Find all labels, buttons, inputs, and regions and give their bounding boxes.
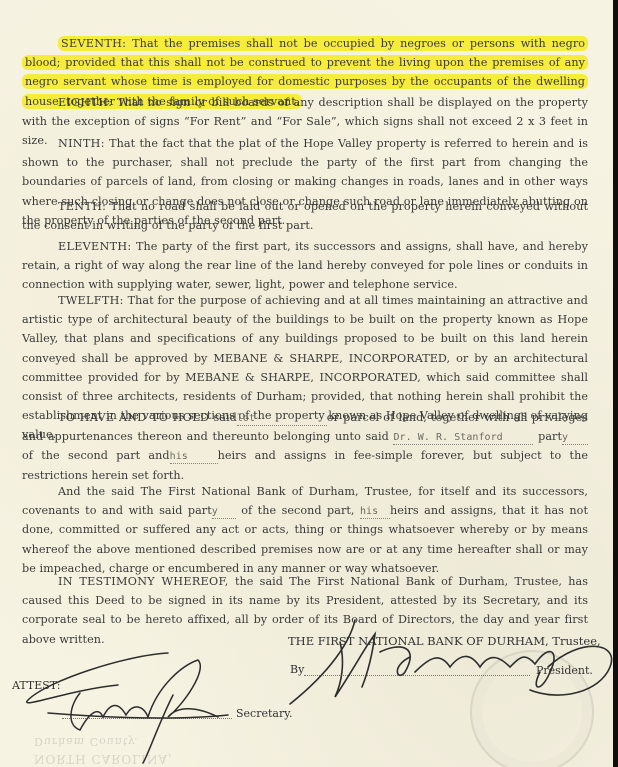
deed-page: SEVENTH: That the premises shall not be … [0,0,613,767]
filled-field-part: y [212,506,236,519]
paragraph-eleventh: ELEVENTH: The party of the first part, i… [22,237,588,295]
paragraph-covenant: And the said The First National Bank of … [22,482,588,578]
paragraph-habendum: TO HAVE AND TO HOLD saidlotor parcel of … [22,408,588,485]
clause-label: NINTH: [58,137,105,150]
clause-label: TENTH: [58,200,106,213]
clause-label: EIGHTH: [58,96,112,109]
clause-text: That no road shall be laid out or opened… [22,200,588,232]
paragraph-tenth: TENTH: That no road shall be laid out or… [22,197,588,235]
clause-label: SEVENTH: [61,37,126,50]
habendum-text: part [538,430,562,443]
covenant-text: of the second part, [241,504,354,517]
president-signature [280,612,613,712]
secretary-signature [8,645,238,767]
filled-field-his: his [170,451,218,464]
testimony-lead: IN TESTIMONY WHEREOF, [58,575,229,588]
clause-label: ELEVENTH: [58,240,132,253]
filled-field-part: y [562,432,588,445]
habendum-text: said [213,411,236,424]
habendum-text: of the second part and [22,449,170,462]
filled-field-grantee: Dr. W. R. Stanford [393,432,533,445]
clause-label: TWELFTH: [58,294,124,307]
habendum-lead: TO HAVE AND TO HOLD [58,411,209,424]
filled-field-lot: lot [237,413,327,426]
filled-field-his: his [360,506,390,519]
